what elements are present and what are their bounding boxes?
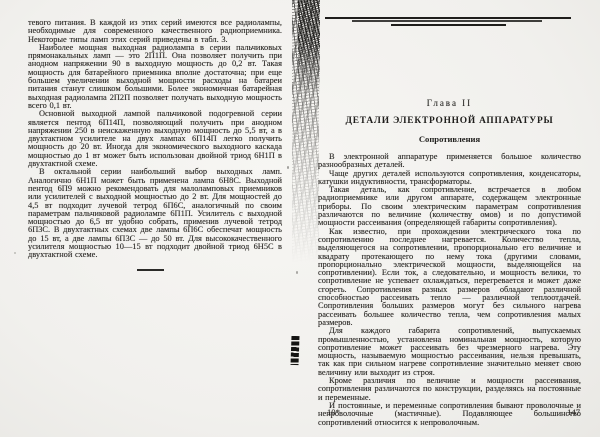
scan-speck <box>296 271 298 274</box>
book-scan: { "document": { "left_page": { "paragrap… <box>0 0 600 437</box>
decorative-rule <box>391 24 506 26</box>
page-number: 147 <box>567 407 580 417</box>
decorative-rule <box>352 20 542 22</box>
right-page-body: В электронной аппаратуре применяется бол… <box>318 153 581 427</box>
page-footer: 10* 147 <box>318 407 581 417</box>
printers-signature: 10* <box>327 407 340 417</box>
chapter-title: ДЕТАЛИ ЭЛЕКТРОННОЙ АППАРАТУРЫ <box>318 116 581 126</box>
scan-speck <box>14 252 16 254</box>
paragraph: Как известно, при прохождении электричес… <box>318 228 581 328</box>
paragraph: Чаще других деталей используются сопроти… <box>318 170 581 187</box>
scan-speck <box>287 166 289 169</box>
paragraph: тевого питания. В каждой из этих серий и… <box>28 19 282 44</box>
right-page: Глава II ДЕТАЛИ ЭЛЕКТРОННОЙ АППАРАТУРЫ С… <box>318 0 581 437</box>
paragraph: Кроме различия по величине и мощности ра… <box>318 377 581 402</box>
paragraph: В октальной серии наибольший выбор выход… <box>28 168 282 259</box>
paragraph: Наиболее мощная выходная радиолампа в се… <box>28 44 282 110</box>
chapter-end-divider <box>137 269 164 271</box>
paragraph: Основной выходной лампой пальчиковой под… <box>28 110 282 168</box>
section-title: Сопротивления <box>318 134 581 144</box>
paragraph: Для каждого габарита сопротивлений, выпу… <box>318 327 581 377</box>
left-page: тевого питания. В каждой из этих серий и… <box>28 19 282 260</box>
paragraph: Такая деталь, как сопротивление, встреча… <box>318 186 581 227</box>
paragraph: В электронной аппаратуре применяется бол… <box>318 153 581 170</box>
decorative-rule <box>325 17 571 19</box>
binding-noise-top <box>298 0 320 95</box>
gutter-stamp <box>290 336 299 365</box>
